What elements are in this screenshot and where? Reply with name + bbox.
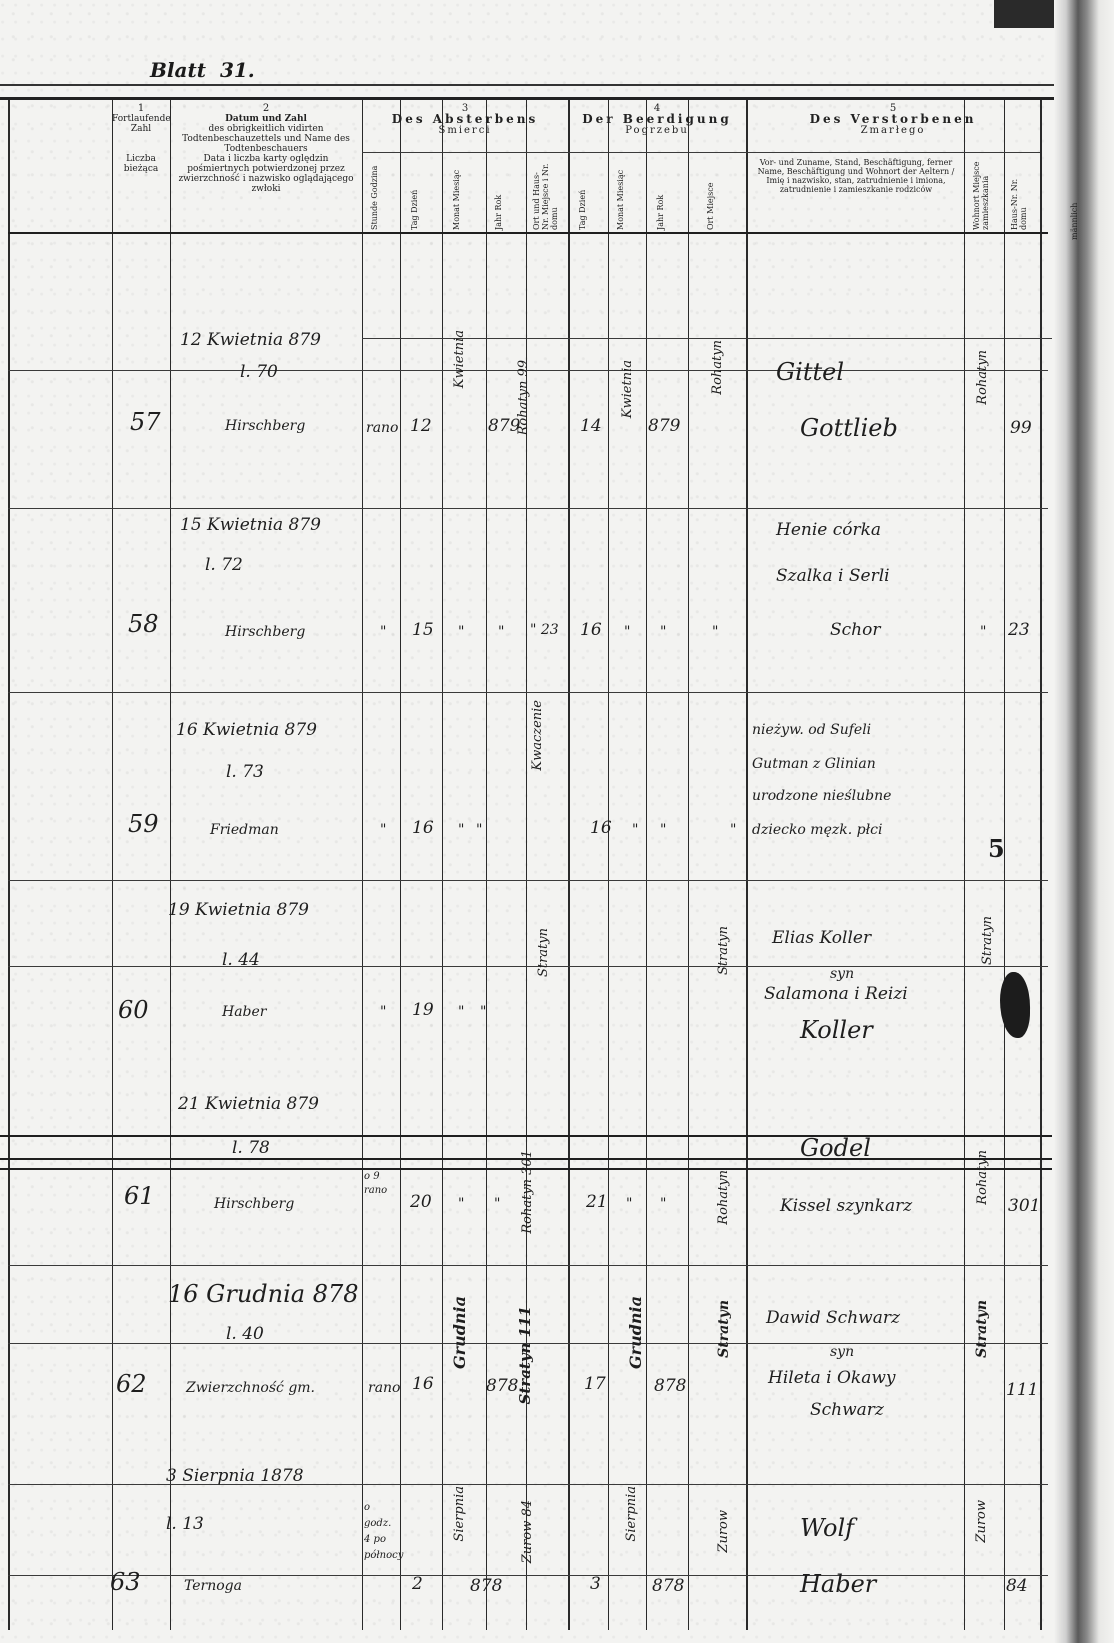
header-col4: 4 Der Beerdigung Pogrzebu bbox=[568, 104, 746, 136]
entry-59-date: 16 Kwietnia 879 bbox=[176, 720, 317, 740]
entry-60-name-line: Salamona i Reizi bbox=[764, 984, 908, 1004]
entry-63-name-line: Wolf bbox=[800, 1514, 854, 1542]
entry-63-day: 2 bbox=[412, 1574, 423, 1594]
book-spine-shadow bbox=[1054, 0, 1114, 1643]
entry-58-house: 23 bbox=[1008, 620, 1030, 640]
header-burial-place: Ort Miejsce bbox=[706, 160, 715, 230]
entry-62-day: 16 bbox=[412, 1374, 434, 1394]
entry-61-day: 20 bbox=[410, 1192, 432, 1212]
entry-58-place: " 23 bbox=[530, 622, 559, 638]
entry-62-hour: rano bbox=[368, 1380, 400, 1396]
entry-57-number: 57 bbox=[130, 408, 161, 436]
entry-62-date: 16 Grudnia 878 bbox=[168, 1280, 359, 1308]
entry-62-name-line: Schwarz bbox=[810, 1400, 884, 1420]
entry-61-hour: o 9 rano bbox=[364, 1170, 398, 1198]
entry-62-house: 111 bbox=[1006, 1380, 1038, 1400]
entry-63-hour: o godz. 4 po północy bbox=[364, 1500, 398, 1564]
entry-63-number: 63 bbox=[110, 1568, 141, 1596]
entry-57-house: 99 bbox=[1010, 418, 1032, 438]
entry-61-card: l. 78 bbox=[232, 1138, 270, 1158]
entry-62-residence: Stratyn bbox=[974, 1300, 990, 1358]
entry-57-card: l. 70 bbox=[240, 362, 278, 382]
header-burial-day: Tag Dzień bbox=[578, 160, 587, 230]
entry-60-inspector: Haber bbox=[222, 1004, 267, 1020]
header-col5-main: Vor- und Zuname, Stand, Beschäftigung, f… bbox=[750, 158, 962, 194]
entry-63-burial-month: Sierpnia bbox=[624, 1486, 639, 1542]
entry-61-house: 301 bbox=[1008, 1196, 1040, 1216]
entry-59-burial-year: " bbox=[660, 822, 666, 838]
header-col5: 5 Des Verstorbenen Zmarłego bbox=[746, 104, 1040, 136]
entry-59-name-line: dziecko męzk. płci bbox=[752, 822, 882, 838]
entry-58-number: 58 bbox=[128, 610, 159, 638]
sheet-label: Blatt31. bbox=[150, 58, 255, 82]
entry-61-burial-month: " bbox=[626, 1196, 632, 1212]
entry-63-year: 878 bbox=[470, 1576, 502, 1596]
entry-58-inspector: Hirschberg bbox=[225, 624, 305, 640]
header-residence: Wohnort Miejsce zamieszkania bbox=[972, 160, 990, 230]
entry-59-name-line: Gutman z Glinian bbox=[752, 756, 876, 772]
entry-59-burial-month: " bbox=[632, 822, 638, 838]
entry-60-date: 19 Kwietnia 879 bbox=[168, 900, 309, 920]
entry-63-date: 3 Sierpnia 1878 bbox=[166, 1466, 304, 1486]
entry-58-burial-month: " bbox=[624, 624, 630, 640]
entry-59-day: 16 bbox=[412, 818, 434, 838]
entry-62-card: l. 40 bbox=[226, 1324, 264, 1344]
header-col1: 1 Fortlaufende Zahl Liczba bieżąca bbox=[112, 104, 170, 174]
entry-63-month: Sierpnia bbox=[452, 1486, 467, 1542]
entry-61-inspector: Hirschberg bbox=[214, 1196, 294, 1212]
entry-61-burial-place: Rohatyn bbox=[716, 1170, 731, 1225]
entry-62-burial-month: Grudnia bbox=[626, 1296, 645, 1369]
entry-61-name-line: Kissel szynkarz bbox=[780, 1196, 912, 1216]
header-male-partial: männlich bbox=[1070, 190, 1079, 240]
entry-59-card: l. 73 bbox=[226, 762, 264, 782]
entry-61-name-line: Godel bbox=[800, 1134, 871, 1162]
header-burial-year: Jahr Rok bbox=[656, 160, 665, 230]
entry-62-burial-year: 878 bbox=[654, 1376, 686, 1396]
entry-63-burial-day: 3 bbox=[590, 1574, 601, 1594]
entry-58-residence: " bbox=[980, 624, 986, 640]
header-burial-month: Monat Miesiąc bbox=[616, 160, 625, 230]
entry-62-month: Grudnia bbox=[450, 1296, 469, 1369]
entry-63-card: l. 13 bbox=[166, 1514, 204, 1534]
entry-62-name-line: Hileta i Okawy bbox=[768, 1368, 896, 1388]
header-day: Tag Dzień bbox=[410, 160, 419, 230]
entry-58-card: l. 72 bbox=[205, 555, 243, 575]
entry-61-burial-day: 21 bbox=[586, 1192, 608, 1212]
entry-61-year: " bbox=[494, 1196, 500, 1212]
entry-63-burial-year: 878 bbox=[652, 1576, 684, 1596]
entry-60-residence: Stratyn bbox=[980, 916, 995, 965]
header-col2: 2 Datum und Zahl des obrigkeitlich vidir… bbox=[172, 104, 360, 194]
entry-58-day: 15 bbox=[412, 620, 434, 640]
entry-57-burial-month: Kwietnia bbox=[620, 360, 635, 418]
entry-60-burial-place: Stratyn bbox=[716, 926, 731, 975]
entry-62-place: Stratyn 111 bbox=[516, 1306, 534, 1404]
entry-58-hour: " bbox=[380, 624, 386, 640]
header-place: Ort und Haus-Nr. Miejsce i Nr. domu bbox=[532, 160, 559, 230]
entry-63-residence: Zurow bbox=[974, 1500, 989, 1543]
entry-62-number: 62 bbox=[116, 1370, 147, 1398]
entry-60-name-line: Koller bbox=[800, 1016, 873, 1044]
entry-57-burial-place: Rohatyn bbox=[710, 340, 725, 395]
entry-59-name-line: nieżyw. od Sufeli bbox=[752, 722, 871, 738]
entry-59-month: " bbox=[458, 822, 464, 838]
entry-60-month: " bbox=[458, 1004, 464, 1020]
entry-57-name-line: Gittel bbox=[776, 358, 844, 386]
entry-57-name-line: Gottlieb bbox=[800, 414, 898, 442]
entry-61-burial-year: " bbox=[660, 1196, 666, 1212]
entry-59-hour: " bbox=[380, 822, 386, 838]
entry-63-name-line: Haber bbox=[800, 1570, 876, 1598]
entry-62-year: 878 bbox=[486, 1376, 518, 1396]
entry-62-burial-day: 17 bbox=[584, 1374, 606, 1394]
entry-59-burial-place: " bbox=[730, 822, 736, 838]
entry-58-year: " bbox=[498, 624, 504, 640]
entry-58-month: " bbox=[458, 624, 464, 640]
entry-62-burial-place: Stratyn bbox=[716, 1300, 732, 1358]
entry-60-name-line: Elias Koller bbox=[772, 928, 871, 948]
entry-61-place: Rohatyn 301 bbox=[520, 1150, 535, 1234]
header-year: Jahr Rok bbox=[494, 160, 503, 230]
entry-57-month: Kwietnia bbox=[452, 330, 467, 388]
entry-60-year: " bbox=[480, 1004, 486, 1020]
entry-63-burial-place: Zurow bbox=[716, 1510, 731, 1553]
entry-60-day: 19 bbox=[412, 1000, 434, 1020]
entry-57-burial-day: 14 bbox=[580, 416, 602, 436]
entry-58-name-line: Henie córka bbox=[776, 520, 881, 540]
entry-59-number: 59 bbox=[128, 810, 159, 838]
entry-59-inspector: Friedman bbox=[210, 822, 279, 838]
entry-62-inspector: Zwierzchność gm. bbox=[186, 1380, 315, 1396]
entry-58-burial-place: " bbox=[712, 624, 718, 640]
entry-58-date: 15 Kwietnia 879 bbox=[180, 515, 321, 535]
entry-60-place: Stratyn bbox=[536, 928, 551, 977]
entry-59-burial-day: 16 bbox=[590, 818, 612, 838]
entry-60-card: l. 44 bbox=[222, 950, 260, 970]
entry-57-date: 12 Kwietnia 879 bbox=[180, 330, 321, 350]
entry-57-day: 12 bbox=[410, 416, 432, 436]
header-house: Haus-Nr. Nr. domu bbox=[1010, 160, 1028, 230]
entry-57-burial-year: 879 bbox=[648, 416, 680, 436]
entry-59-year: " bbox=[476, 822, 482, 838]
entry-57-residence: Rohatyn bbox=[975, 350, 990, 405]
entry-62-name-line: syn bbox=[830, 1344, 854, 1360]
entry-63-place: Zurow 84 bbox=[520, 1500, 535, 1563]
entry-59-name-line: urodzone nieślubne bbox=[752, 788, 891, 804]
entry-58-burial-day: 16 bbox=[580, 620, 602, 640]
entry-60-number: 60 bbox=[118, 996, 149, 1024]
register-page: Blatt31. 1 Fortlaufende Zahl Liczba bież… bbox=[0, 0, 1114, 1643]
margin-note: 5 bbox=[988, 834, 1005, 863]
header-col3: 3 Des Absterbens Śmierci bbox=[362, 104, 568, 136]
rule bbox=[0, 97, 1054, 100]
entry-60-name-line: syn bbox=[830, 966, 854, 982]
entry-61-number: 61 bbox=[124, 1182, 155, 1210]
entry-60-hour: " bbox=[380, 1004, 386, 1020]
header-hour: Stunde Godzina bbox=[370, 160, 379, 230]
header-month: Monat Miesiąc bbox=[452, 160, 461, 230]
entry-57-inspector: Hirschberg bbox=[225, 418, 305, 434]
entry-62-name-line: Dawid Schwarz bbox=[766, 1308, 900, 1328]
entry-58-name-line: Schor bbox=[830, 620, 880, 640]
entry-61-date: 21 Kwietnia 879 bbox=[178, 1094, 319, 1114]
entry-63-inspector: Ternoga bbox=[184, 1578, 242, 1594]
entry-57-place: Rohatyn 99 bbox=[516, 360, 531, 435]
entry-63-house: 84 bbox=[1006, 1576, 1028, 1596]
entry-58-burial-year: " bbox=[660, 624, 666, 640]
entry-59-place: Kwaczenie bbox=[530, 700, 545, 771]
entry-57-hour: rano bbox=[366, 420, 398, 436]
entry-61-residence: Rohatyn bbox=[975, 1150, 990, 1205]
rule bbox=[0, 84, 1054, 86]
entry-58-name-line: Szalka i Serli bbox=[776, 566, 890, 586]
entry-61-month: " bbox=[458, 1196, 464, 1212]
